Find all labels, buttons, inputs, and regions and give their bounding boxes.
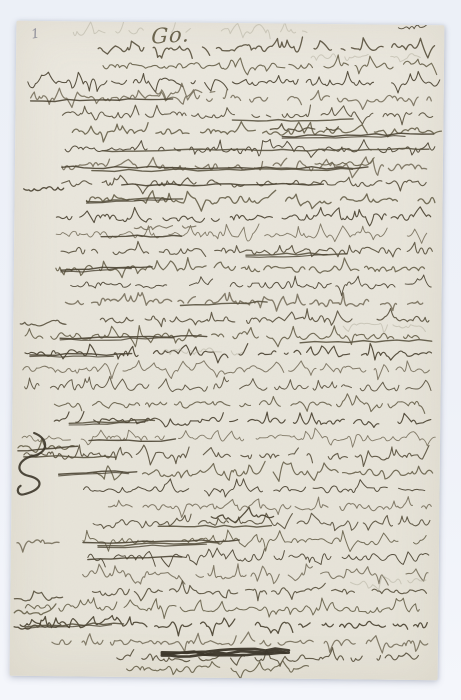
scan-background: 1 Go.: [0, 0, 461, 700]
manuscript-page: 1 Go.: [10, 21, 445, 680]
manuscript-heading: Go.: [151, 22, 191, 48]
handwriting-layer: [10, 21, 445, 680]
